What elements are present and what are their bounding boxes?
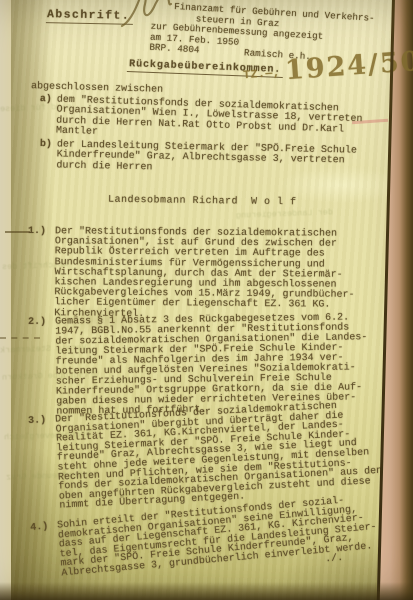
stamp-prefix: TZ.—, — [243, 67, 281, 83]
party-b-text: der Landesleitung Steiermark der "SPÖ.Fr… — [56, 140, 357, 177]
bottom-photo-shadow — [0, 582, 413, 600]
clause-3-text: Der "Restitutionsfonds der sozialdemokra… — [55, 400, 383, 512]
clause-3-number: 3.) — [28, 416, 55, 427]
margin-dash-mark — [5, 231, 30, 233]
clause-2-number: 2.) — [28, 318, 55, 328]
clause-1-text: Der "Restitutionsfonds der sozialdemokra… — [54, 227, 355, 321]
clause-4-number: 4.) — [30, 522, 58, 534]
party-b-marker: b) — [40, 140, 57, 151]
clause-1: 1.) Der "Restitutionsfonds der sozialdem… — [27, 227, 355, 322]
handwritten-initial-mark — [116, 0, 194, 32]
party-b: b) der Landesleitung Steiermark der "SPÖ… — [39, 140, 357, 178]
clause-1-number: 1.) — [28, 227, 55, 237]
party-a-marker: a) — [40, 95, 57, 106]
photographed-document: { "colors": { "paper": "#e7e1a8", "ink":… — [0, 0, 413, 600]
